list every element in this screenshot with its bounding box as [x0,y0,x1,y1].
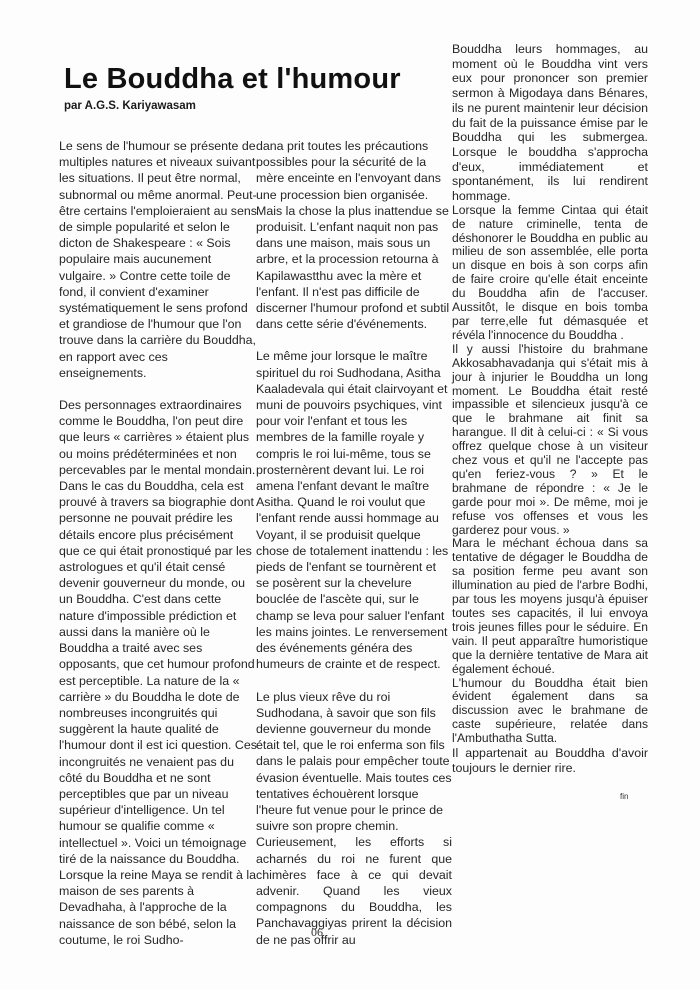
paragraph: Il appartenait au Bouddha d'avoir toujou… [452,746,648,775]
column-3: Bouddha leurs hommages, au moment où le … [452,42,648,775]
paragraph-gap [256,673,452,689]
paragraph-gap [256,332,452,348]
column-1: Le sens de l'humour se présente de multi… [59,138,257,948]
end-mark: fin [620,792,628,801]
column-2: dana prit toutes les précautions possibl… [256,138,452,948]
article-byline: par A.G.S. Kariyawasam [64,100,196,112]
paragraph: Le plus vieux rêve du roi Sudhodana, à s… [256,689,452,835]
paragraph: L'humour du Bouddha était bien évident é… [452,677,648,747]
page-number: 06 [311,925,323,940]
paragraph: Bouddha leurs hommages, au moment où le … [452,42,648,204]
paragraph: dana prit toutes les précautions possibl… [256,138,452,332]
paragraph: Curieusement, les efforts si acharnés du… [256,834,452,947]
paragraph: Des personnages extraordinaires comme le… [59,397,257,948]
paragraph: Mara le méchant échoua dans sa tentative… [452,537,648,676]
paragraph: Lorsque la femme Cintaa qui était de nat… [452,204,648,343]
document-page: Le Bouddha et l'humour par A.G.S. Kariya… [0,0,700,990]
paragraph-gap [59,381,257,397]
paragraph: Il y aussi l'histoire du brahmane Akkosa… [452,343,648,538]
paragraph: Le sens de l'humour se présente de multi… [59,138,257,381]
paragraph: Le même jour lorsque le maître spirituel… [256,348,452,672]
article-title: Le Bouddha et l'humour [64,63,401,96]
